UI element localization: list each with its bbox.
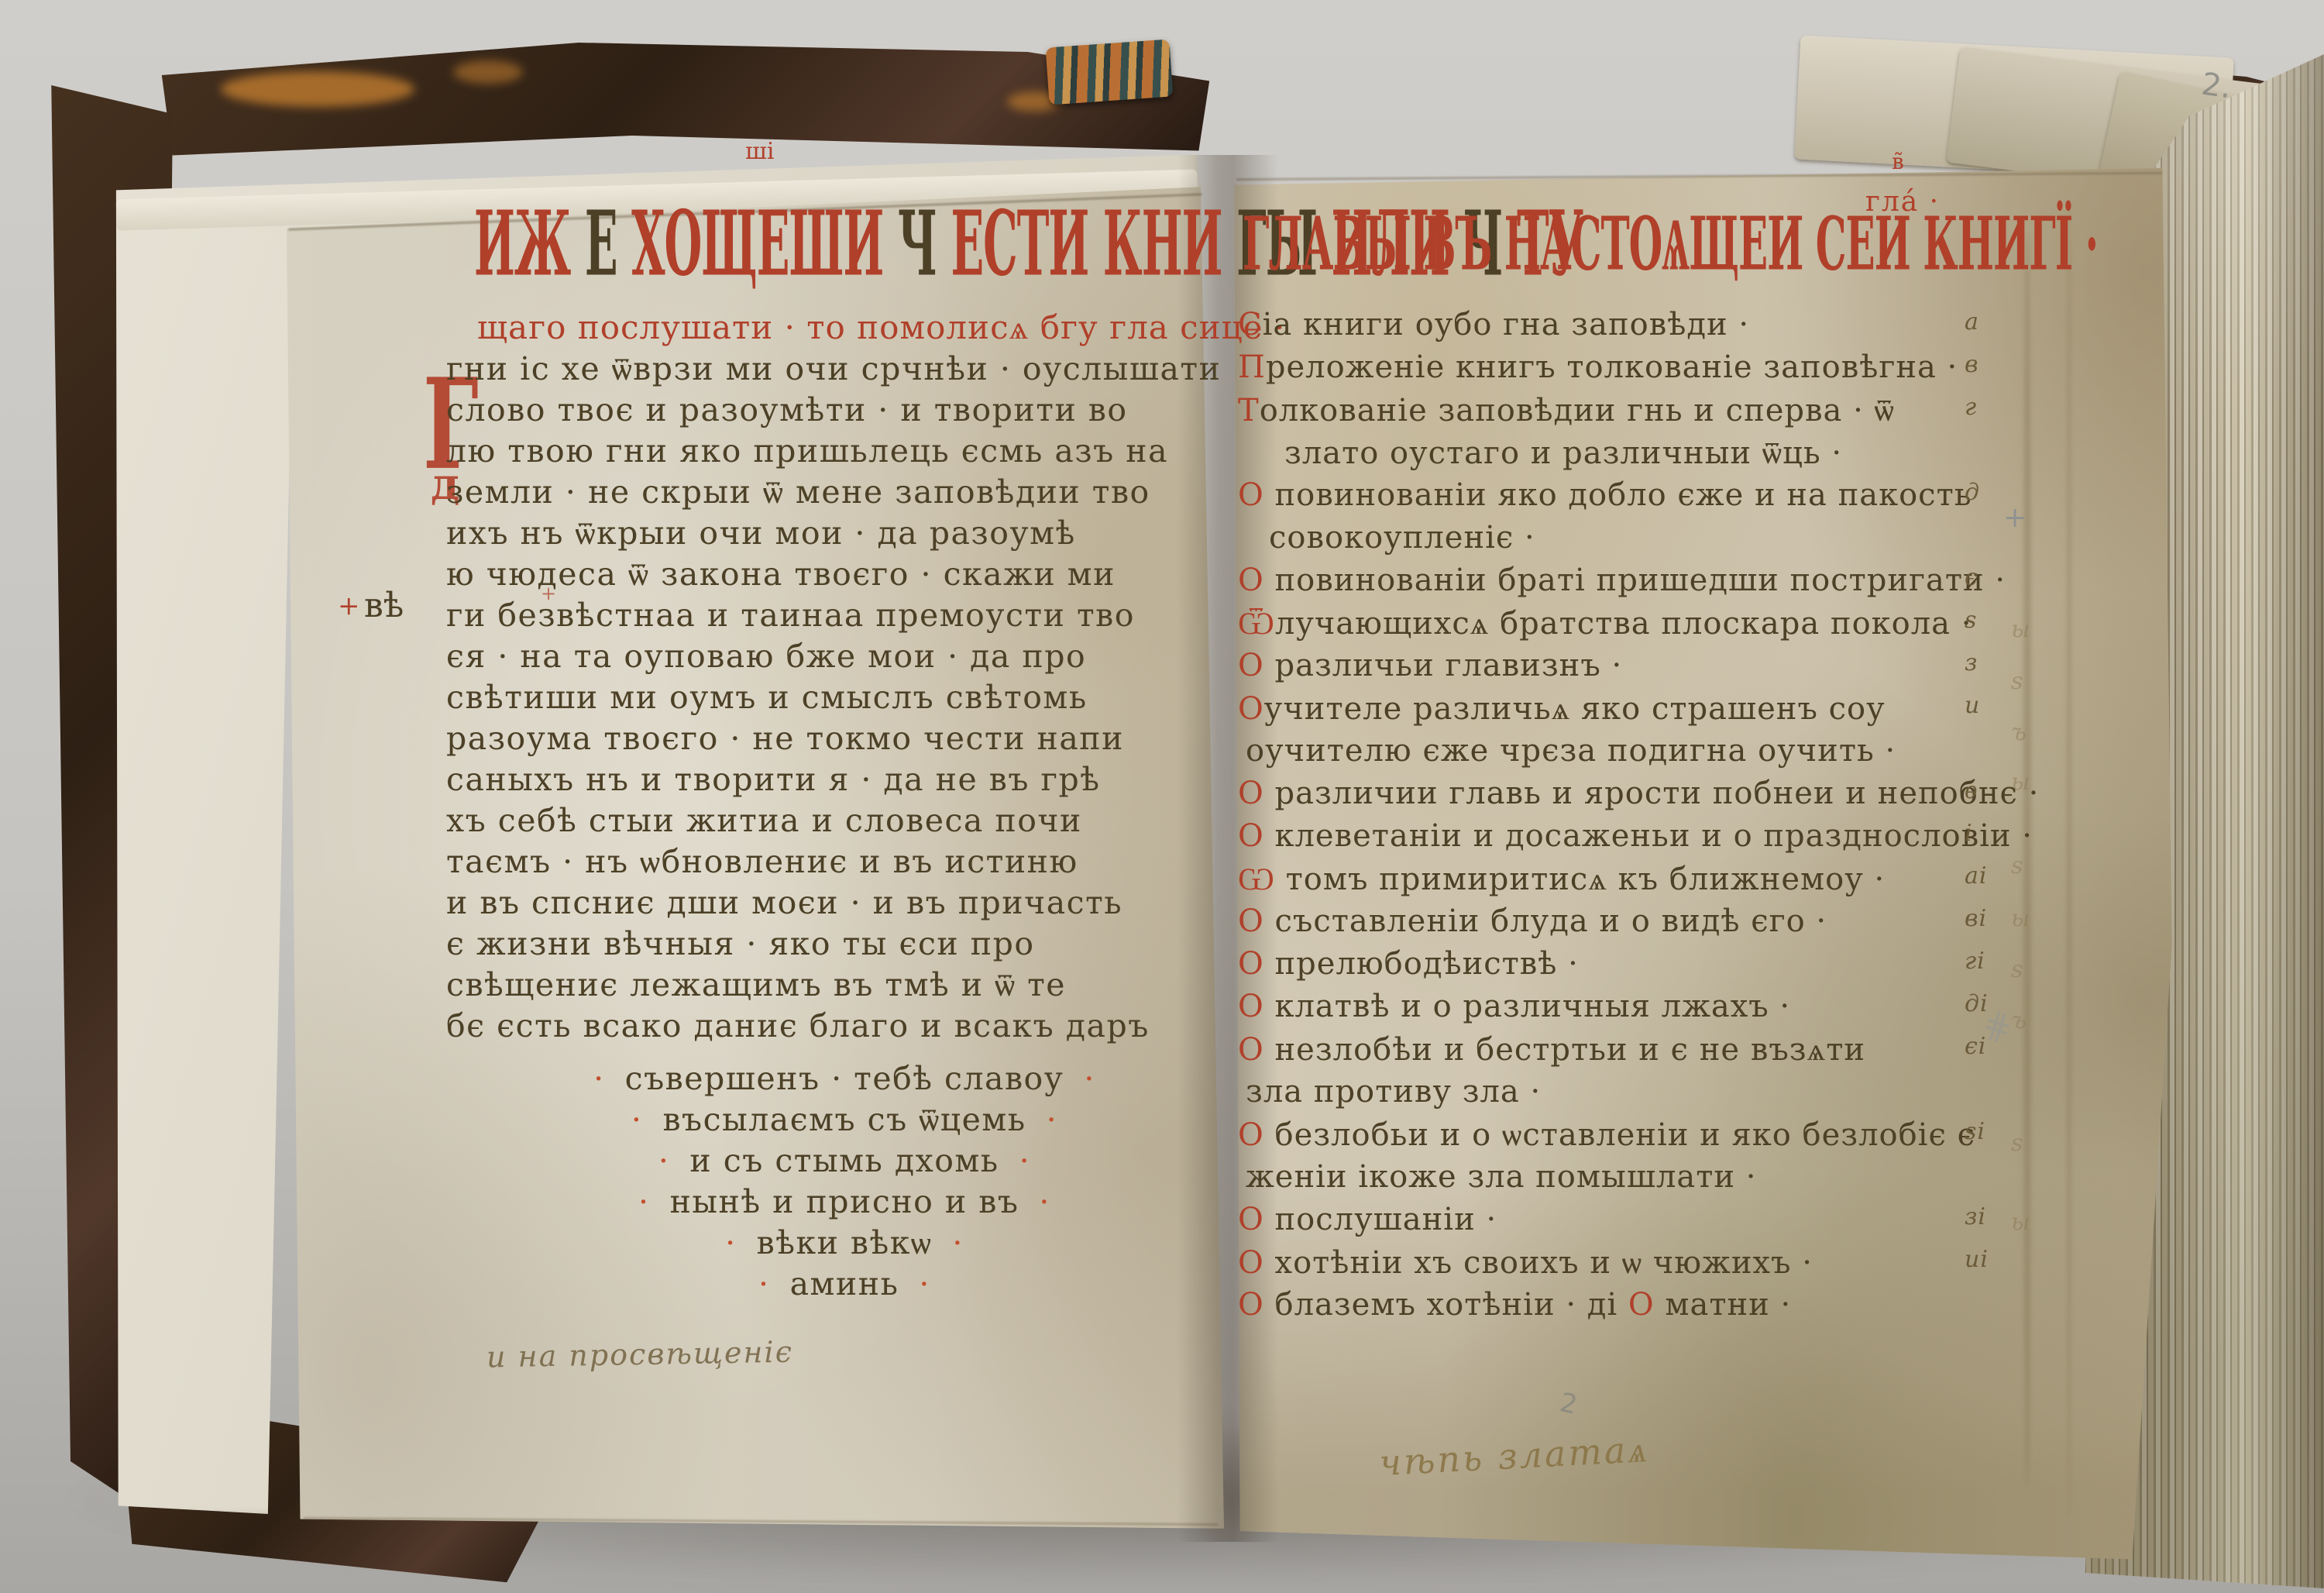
colophon-part: и съ стымь дхомь (689, 1142, 999, 1179)
chapter-line: О прелюбодѣиствѣ ·гі (1238, 946, 2013, 982)
colophon-part: · (932, 1224, 984, 1261)
spine-endband (1046, 40, 1174, 105)
vyaz-segment: ИЖ (474, 192, 585, 297)
margin-note: вѣ (364, 586, 404, 625)
colophon-line: ·и съ стымь дхомь· (496, 1142, 1193, 1183)
chapter-line-part: лучающихсѧ братства плоскара покола · (1275, 606, 1972, 642)
chapter-line-part: съставленіи блуда и о видѣ єго · (1264, 903, 1827, 939)
chapter-line-part: хотѣніи хъ своихъ и ѡ чюжихъ · (1264, 1245, 1813, 1281)
chapter-number: зі (1965, 1203, 1986, 1230)
chapter-line-part: П (1238, 349, 1266, 385)
chapter-number: ѳ (1965, 777, 1978, 804)
chapter-line-part: матни · (1655, 1287, 1792, 1323)
right-page-vyaz-title: ГЛАВЫ ВЪ НАСТОѦЩЕИ СЕИ КНИГЇ · (1243, 200, 2098, 287)
colophon-part: · (638, 1142, 690, 1179)
chapter-line-part: повинованіи яко добло єже и на пакость (1264, 477, 1972, 513)
chapter-line: О хотѣніи хъ своихъ и ѡ чюжихъ ·иі (1238, 1244, 2013, 1281)
body-line: земли · не скрыи ѿ мене заповѣдии тво (446, 473, 1221, 514)
bleed-mark: ѕ (2011, 1130, 2023, 1157)
colophon-part: · (618, 1183, 670, 1220)
chapter-number: гі (1965, 948, 1985, 975)
chapter-line-part: различьи главизнъ · (1264, 648, 1622, 683)
chapter-number: ѕі (1965, 1118, 1985, 1145)
vyaz-segment: Е (585, 192, 631, 297)
body-line: и въ спсниє дши моєи · и въ причасть (446, 884, 1221, 925)
chapter-line-part: зла противу зла · (1246, 1074, 1541, 1110)
body-line: є жизни вѣчныя · яко ты єси про (446, 925, 1221, 966)
body-line: єя · на та оуповаю бже мои · да про (446, 638, 1221, 679)
colophon-line: ·нынѣ и присно и въ· (496, 1183, 1193, 1224)
body-line: разоума твоєго · не токмо чести напи (446, 720, 1221, 761)
chapter-line: О клатвѣ и о различныя лжахъ ·ді (1238, 989, 2013, 1024)
chapter-line-part: злато оустаго и различныи ѿць · (1284, 435, 1842, 471)
chapter-line: О различии главь и ярости побнеи и непоб… (1238, 776, 2013, 811)
vyaz-segment: Ч (898, 192, 951, 297)
colophon-line: ·съвершенъ · тебѣ славоу· (496, 1060, 1193, 1101)
bleed-mark: ы (2011, 905, 2030, 932)
chapter-line-part: О (1238, 903, 1264, 939)
colophon-line: ·въсылаємъ съ ѿцемь· (496, 1101, 1193, 1142)
colophon-part: нынѣ и присно и въ (670, 1183, 1019, 1220)
body-line: бє єсть всако даниє благо и всакъ даръ (446, 1007, 1221, 1048)
chapter-line: Ѿлучающихсѧ братства плоскара покола ·ѕ (1238, 605, 2013, 642)
chapter-line-part: различии главь и ярости побнеи и непобнє… (1264, 776, 2040, 811)
chapter-line-part: іа книги оубо гна заповѣди · (1263, 307, 1749, 342)
chapter-number: і (1965, 820, 1973, 847)
colophon-part: · (705, 1224, 757, 1261)
chapter-line: О блаземъ хотѣніи · ді О матни · (1238, 1287, 2013, 1323)
chapter-number: є (1965, 564, 1978, 591)
chapter-line-part: совокоупленіє · (1269, 520, 1535, 556)
body-line: саныхъ нъ и творити я · да не въ грѣ (446, 761, 1221, 802)
body-line: ги безвѣстнаа и таинаа премоусти тво (446, 597, 1221, 638)
body-line: хъ себѣ стыи житиа и словеса почи (446, 802, 1221, 843)
chapter-line: Преложеніе книгъ толкованіе заповѣгна ·в (1238, 349, 2013, 385)
body-line: ихъ нъ ѿкрыи очи мои · да разоумѣ (446, 514, 1221, 556)
colophon-line: ·вѣки вѣкѡ· (496, 1224, 1193, 1265)
chapter-line-part: Ѡ (1238, 862, 1275, 897)
pencil-plus-mark: + (2003, 502, 2027, 534)
pencil-folio-number: 2. (2199, 67, 2233, 106)
chapter-line-part: клеветаніи и досаженьи и о празднословіи… (1264, 818, 2033, 854)
chapter-line-part: С (1238, 307, 1263, 342)
chapter-line-part: О (1628, 1287, 1655, 1323)
chapter-line: О незлобѣи и бестртьи и є не възѧтиєі (1238, 1031, 2013, 1068)
vyaz-segment: ЕСТИ КНИ (951, 192, 1236, 297)
chapter-line-part: олкованіе заповѣдии гнь и сперва · ѿ (1260, 393, 1895, 428)
colophon-part: · (1019, 1183, 1071, 1220)
chapter-number: ѕ (1965, 607, 1977, 634)
chapter-line: зла противу зла · (1246, 1074, 2020, 1110)
chapter-line-part: О (1238, 1287, 1264, 1323)
chapter-line-part: оучителю єже чрєза подигна оучить · (1246, 733, 1896, 769)
chapter-line-part: Ѿ (1238, 606, 1275, 642)
body-line: таємъ · нъ ѡбновлениє и въ истиню (446, 843, 1221, 884)
body-line: лю твою гни яко пришьлець єсмь азъ на (446, 432, 1221, 473)
colophon-part: · (1064, 1060, 1116, 1097)
body-line: ю чюдеса ѿ закона твоєго · скажи ми (446, 556, 1221, 597)
chapter-line-part: О (1238, 776, 1264, 811)
chapter-number: г (1965, 394, 1977, 421)
chapter-line: О безлобьи и о ѡставленіи и яко безлобіє… (1238, 1116, 2013, 1153)
chapter-line-part: Т (1238, 393, 1260, 428)
chapter-line-part: О (1238, 1202, 1264, 1237)
chapter-line-part: О (1238, 818, 1264, 854)
colophon-part: · (611, 1101, 663, 1138)
chapter-number: и (1965, 692, 1980, 719)
colophon-part: вѣки вѣкѡ (757, 1224, 933, 1261)
chapter-number: ді (1965, 990, 1989, 1017)
bleed-mark: ѕ (2011, 668, 2023, 695)
chapter-line: Толкованіе заповѣдии гнь и сперва · ѿг (1238, 392, 2013, 428)
chapter-line: О повинованіи яко добло єже и на пакость… (1238, 477, 2013, 513)
chapter-number: иі (1965, 1246, 1989, 1273)
left-page-footer-scribble: и на просвѣщеніє (486, 1335, 794, 1375)
bleed-mark: ѕ (2011, 852, 2023, 879)
chapter-line-part: О (1238, 477, 1264, 513)
leather-wear-patch (453, 60, 523, 84)
chapter-line-part: блаземъ хотѣніи · (1264, 1287, 1587, 1323)
chapter-number: а (1965, 308, 1979, 335)
colophon-part: · (899, 1265, 951, 1302)
colophon-line: ·аминь· (496, 1265, 1193, 1306)
chapter-line-part: О (1238, 1032, 1264, 1068)
left-page-subtitle: щаго послушати · то помолисѧ бгу гла сиц… (477, 308, 1285, 347)
water-stain-line (2067, 201, 2071, 1519)
chapter-line: оучителю єже чрєза подигна оучить · (1246, 733, 2020, 769)
chapter-line-part: томъ примиритисѧ къ ближнемоу · (1275, 862, 1885, 897)
chapter-line: Сіа книги оубо гна заповѣди ·а (1238, 307, 2013, 342)
chapter-line-part: клатвѣ и о различныя лжахъ · (1264, 989, 1790, 1024)
vyaz-segment: ХОЩЕШИ (631, 192, 898, 297)
body-line: свѣтиши ми оумъ и смыслъ свѣтомь (446, 679, 1221, 720)
chapter-corner-label: гла́ · (1865, 186, 1940, 218)
chapter-line: совокоупленіє · (1269, 520, 2044, 556)
chapter-line-part: О (1238, 1117, 1264, 1153)
body-line: слово твоє и разоумѣти · и творити во (446, 391, 1221, 432)
chapter-line-part: О (1238, 989, 1264, 1024)
chapter-number: в (1965, 351, 1978, 378)
chapter-line-part: безлобьи и о ѡставленіи и яко безлобіє є (1264, 1117, 1975, 1153)
bleed-mark: ѕ (2011, 956, 2023, 983)
chapter-line-part: реложеніе книгъ толкованіе заповѣгна · (1266, 349, 1958, 385)
chapter-line-part: О (1238, 946, 1264, 982)
colophon-part: · (1026, 1101, 1078, 1138)
bleed-mark: ы (2011, 616, 2030, 643)
bleed-mark: ы (2011, 769, 2030, 796)
chapter-line-part: повинованіи браті пришедши постригати · (1264, 563, 2006, 598)
margin-cross-mark: + (338, 590, 360, 621)
leather-wear-patch (221, 71, 414, 107)
chapter-line: Оучителе различьѧ яко страшенъ соуи (1238, 690, 2013, 727)
chapter-line: О повинованіи браті пришедши постригати … (1238, 563, 2013, 598)
chapter-number: д (1965, 479, 1980, 506)
chapter-line-part: прелюбодѣиствѣ · (1264, 946, 1579, 982)
chapter-line-part: учителе различьѧ яко страшенъ соу (1264, 691, 1886, 727)
chapter-line-part: О (1238, 563, 1264, 598)
chapter-line: О различьи главизнъ ·з (1238, 648, 2013, 683)
body-line: свѣщениє лежащимъ въ тмѣ и ѿ те (446, 966, 1221, 1007)
colophon-part: съвершенъ · тебѣ славоу (625, 1060, 1064, 1097)
chapter-number: аі (1965, 862, 1987, 889)
chapter-line-part: женіи ікоже зла помышлати · (1246, 1159, 1757, 1195)
manuscript-photo: ші ИЖ Е ХОЩЕШИ Ч ЕСТИ КНИ ГЫ ИЛИ Ч ТУ ща… (0, 0, 2324, 1593)
colophon-part: · (999, 1142, 1051, 1179)
chapter-line-part: послушаніи · (1264, 1202, 1497, 1237)
body-line: гни іс хе ѿврзи ми очи срчнѣи · оуслышат… (446, 350, 1221, 391)
title-superscript: ші (745, 138, 775, 165)
left-page-body-text: гни іс хе ѿврзи ми очи срчнѣи · оуслышат… (446, 350, 1221, 1048)
colophon-part: въсылаємъ съ ѿцемь (662, 1101, 1026, 1138)
colophon-part: · (738, 1265, 790, 1302)
chapter-line: злато оустаго и различныи ѿць · (1284, 435, 2059, 471)
colophon-part: аминь (790, 1265, 899, 1302)
chapter-line: О съставленіи блуда и о видѣ єго ·ві (1238, 903, 2013, 939)
chapter-line-part: О (1238, 648, 1264, 683)
left-page-colophon: ·съвершенъ · тебѣ славоу··въсылаємъ съ ѿ… (496, 1060, 1193, 1306)
chapter-line: женіи ікоже зла помышлати · (1246, 1159, 2020, 1195)
chapter-line: О послушаніи ·зі (1238, 1202, 2013, 1237)
colophon-part: · (573, 1060, 625, 1097)
chapter-line: О клеветаніи и досаженьи и о празднослов… (1238, 818, 2013, 854)
chapter-number: ві (1965, 905, 1987, 932)
bleed-mark: ы (2011, 1209, 2030, 1236)
bleed-mark: ъ (2011, 719, 2027, 746)
chapter-line-part: ді (1587, 1287, 1628, 1323)
chapter-line-part: О (1238, 1245, 1264, 1281)
corner-superscript: в̃ (1892, 149, 1904, 174)
chapter-line: Ѡ томъ примиритисѧ къ ближнемоу ·аі (1238, 861, 2013, 897)
chapter-number: з (1965, 649, 1978, 676)
chapter-line-part: О (1238, 691, 1264, 727)
water-stain-line (2023, 232, 2031, 1488)
chapter-line-part: незлобѣи и бестртьи и є не възѧти (1264, 1032, 1865, 1068)
